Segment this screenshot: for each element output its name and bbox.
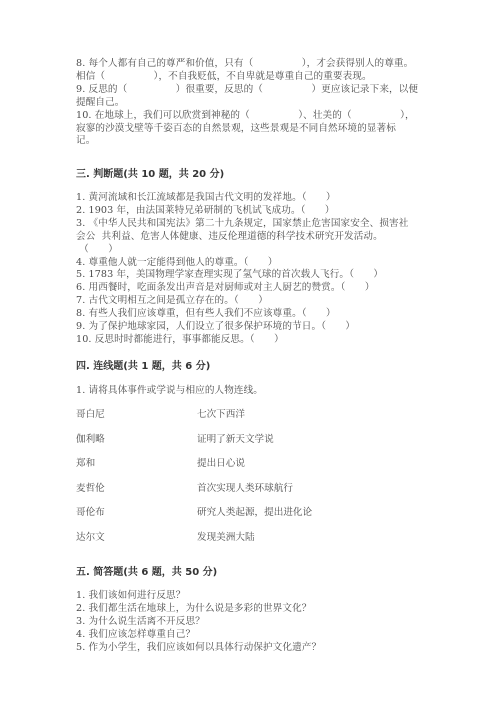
match-person: 伽利略: [76, 433, 105, 446]
question-line: 寂寥的沙漠戈壁等千姿百态的自然景观，这些景观是不同自然环境的显著标: [76, 123, 426, 136]
match-person: 郑和: [76, 457, 95, 470]
question-line: 5. 作为小学生，我们应该如何以具体行动保护文化遗产？: [76, 642, 321, 655]
match-person: 哥白尼: [76, 408, 105, 421]
fill-in-continued: 8. 每个人都有自己的尊严和价值，只有（ ），才会获得别人的尊重。 相信（ ），…: [76, 58, 426, 148]
match-event: 证明了新天文学说: [197, 433, 274, 446]
match-row: 伽利略 证明了新天文学说: [76, 433, 426, 458]
question-line: 3. 《中华人民共和国宪法》第二十九条规定，国家禁止危害国家安全、损害社: [76, 218, 408, 231]
question-line: 10. 反思时时都能进行，事事都能反思。（ ）: [76, 334, 408, 347]
match-person: 达尔文: [76, 531, 105, 544]
question-line: 8. 有些人我们应该尊重，但有些人我们不应该尊重。（ ）: [76, 308, 408, 321]
question-line: 7. 古代文明相互之间是孤立存在的。（ ）: [76, 295, 408, 308]
question-line: 2. 1903 年，由法国莱特兄弟研制的飞机试飞成功。（ ）: [76, 205, 408, 218]
question-line: 6. 用西餐时，吃面条发出声音是对厨师或对主人厨艺的赞赏。（ ）: [76, 282, 408, 295]
question-line: 会公 共利益、危害人体健康、违反伦理道德的科学技术研究开发活动。: [76, 231, 408, 244]
question-line: 1. 黄河流域和长江流域都是我国古代文明的发祥地。（ ）: [76, 192, 408, 205]
short-answer-questions: 1. 我们该如何进行反思？ 2. 我们都生活在地球上，为什么说是多彩的世界文化？…: [76, 590, 321, 655]
question-line: 记。: [76, 135, 426, 148]
section-heading-short-answer: 五. 简答题(共 6 题，共 50 分): [76, 566, 217, 579]
match-person: 哥伦布: [76, 506, 105, 519]
judgment-questions: 1. 黄河流域和长江流域都是我国古代文明的发祥地。（ ） 2. 1903 年，由…: [76, 192, 408, 347]
match-person: 麦哲伦: [76, 482, 105, 495]
match-row: 麦哲伦 首次实现人类环球航行: [76, 482, 426, 507]
question-line: 3. 为什么说生活离不开反思？: [76, 616, 321, 629]
match-row: 哥伦布 研究人类起源，提出进化论: [76, 506, 426, 531]
match-event: 研究人类起源，提出进化论: [197, 506, 312, 519]
exam-page: 8. 每个人都有自己的尊严和价值，只有（ ），才会获得别人的尊重。 相信（ ），…: [76, 58, 426, 148]
question-line: 9. 反思的（ ）很重要，反思的（ ）更应该记录下来，以便: [76, 84, 426, 97]
match-row: 郑和 提出日心说: [76, 457, 426, 482]
match-event: 提出日心说: [197, 457, 245, 470]
question-line: 1. 我们该如何进行反思？: [76, 590, 321, 603]
match-row: 达尔文 发现美洲大陆: [76, 531, 426, 556]
matching-instruction: 1. 请将具体事件或学说与相应的人物连线。: [76, 385, 263, 398]
question-line: 相信（ ），不自我贬低，不自卑就是尊重自己的重要表现。: [76, 71, 426, 84]
section-heading-judgment: 三. 判断题(共 10 题，共 20 分): [76, 168, 224, 181]
question-line: 5. 1783 年，美国物理学家查理实现了氢气球的首次载人飞行。（ ）: [76, 269, 408, 282]
question-line: 10. 在地球上，我们可以欣赏到神秘的（ ）、壮美的（ ），: [76, 110, 426, 123]
match-event: 发现美洲大陆: [197, 531, 255, 544]
question-line: 9. 为了保护地球家园，人们设立了很多保护环境的节日。（ ）: [76, 321, 408, 334]
question-line: 8. 每个人都有自己的尊严和价值，只有（ ），才会获得别人的尊重。: [76, 58, 426, 71]
match-row: 哥白尼 七次下西洋: [76, 408, 426, 433]
question-line: 4. 我们应该怎样尊重自己？: [76, 629, 321, 642]
question-line: 提醒自己。: [76, 97, 426, 110]
question-line: 4. 尊重他人就一定能得到他人的尊重。（ ）: [76, 257, 408, 270]
section-heading-matching: 四. 连线题(共 1 题，共 6 分): [76, 360, 210, 373]
question-line: 2. 我们都生活在地球上，为什么说是多彩的世界文化？: [76, 603, 321, 616]
match-event: 首次实现人类环球航行: [197, 482, 293, 495]
match-event: 七次下西洋: [197, 408, 245, 421]
question-line: （ ）: [76, 244, 408, 257]
matching-table: 哥白尼 七次下西洋 伽利略 证明了新天文学说 郑和 提出日心说 麦哲伦 首次实现…: [76, 408, 426, 555]
